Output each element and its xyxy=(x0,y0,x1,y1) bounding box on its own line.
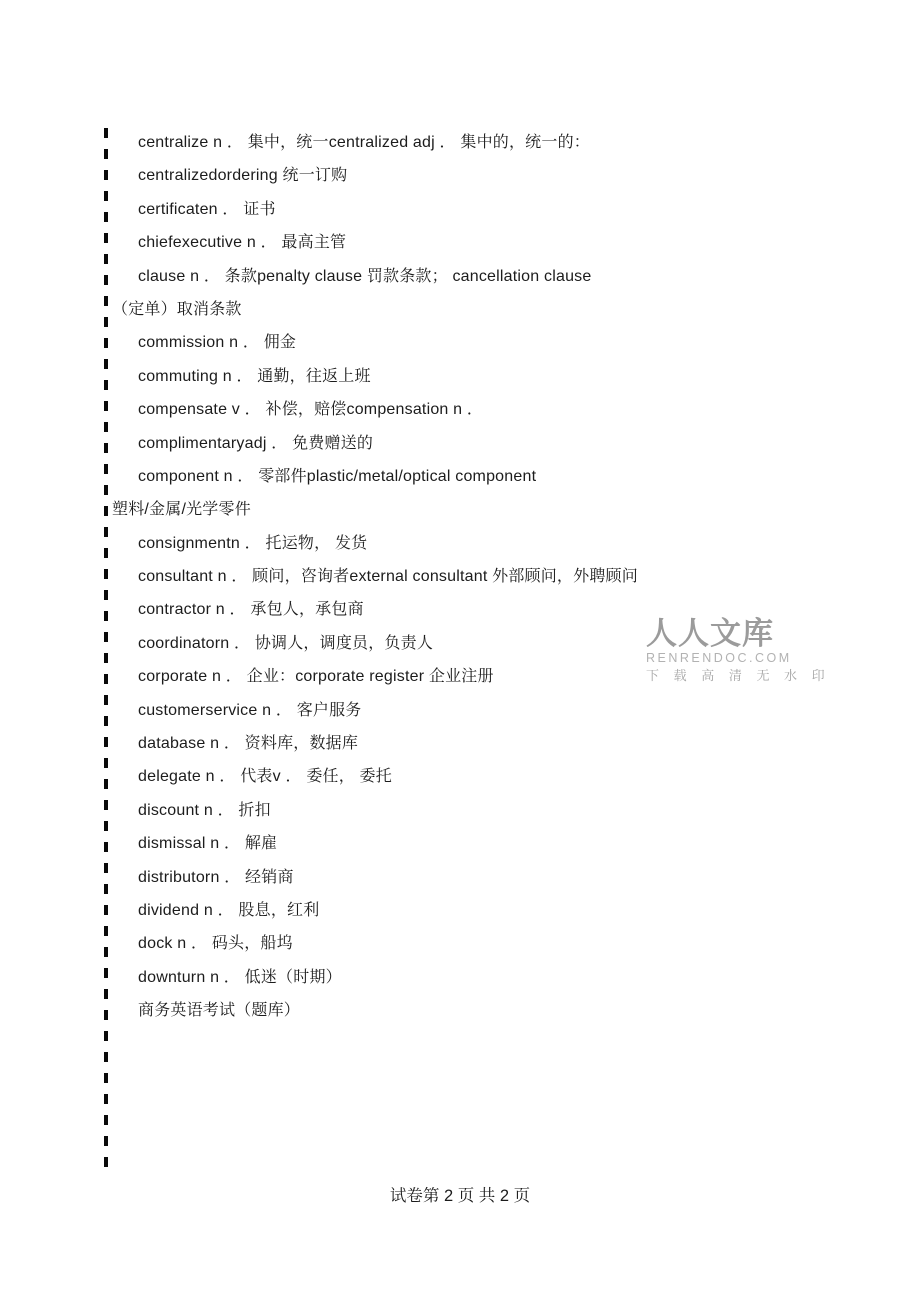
document-page: { "document": { "lines": [ { "text": "ce… xyxy=(0,0,920,1302)
vocab-line: consignmentn ． 托运物， 发货 xyxy=(112,527,852,560)
vocab-line: distributorn ． 经销商 xyxy=(112,861,852,894)
vocab-line: centralize n ． 集中，统一centralized adj ． 集中… xyxy=(112,126,852,159)
vocab-line: consultant n ． 顾问，咨询者external consultant… xyxy=(112,560,852,593)
vocab-line: component n ． 零部件plastic/metal/optical c… xyxy=(112,460,852,493)
vocab-list: centralize n ． 集中，统一centralized adj ． 集中… xyxy=(112,126,852,1028)
vocab-line: dividend n ． 股息，红利 xyxy=(112,894,852,927)
watermark-logo-text: 人人文库 xyxy=(646,617,830,650)
page-sheet: centralize n ． 集中，统一centralized adj ． 集中… xyxy=(0,0,920,1302)
vocab-line: complimentaryadj ． 免费赠送的 xyxy=(112,427,852,460)
vocab-line: commuting n ． 通勤，往返上班 xyxy=(112,360,852,393)
vocab-line: clause n ． 条款penalty clause 罚款条款； cancel… xyxy=(112,260,852,293)
vocab-line: discount n ． 折扣 xyxy=(112,794,852,827)
vocab-line: centralizedordering 统一订购 xyxy=(112,159,852,192)
vocab-line: commission n ． 佣金 xyxy=(112,326,852,359)
vocab-line: database n ． 资料库，数据库 xyxy=(112,727,852,760)
vocab-line: customerservice n ． 客户服务 xyxy=(112,694,852,727)
vocab-line: downturn n ． 低迷（时期） xyxy=(112,961,852,994)
vocab-line: dismissal n ． 解雇 xyxy=(112,827,852,860)
vocab-line: dock n ． 码头，船坞 xyxy=(112,927,852,960)
page-margin-dashed-line xyxy=(104,128,108,1175)
vocab-line: certificaten ． 证书 xyxy=(112,193,852,226)
vocab-line: 塑料/金属/光学零件 xyxy=(112,493,852,526)
watermark: 人人文库 RENRENDOC.COM 下 载 高 清 无 水 印 xyxy=(646,617,830,683)
watermark-tagline: 下 载 高 清 无 水 印 xyxy=(646,669,830,683)
page-number-footer: 试卷第 2 页 共 2 页 xyxy=(0,1185,920,1207)
vocab-line: （定单）取消条款 xyxy=(112,293,852,326)
watermark-site-url: RENRENDOC.COM xyxy=(646,652,830,665)
vocab-line: compensate v ． 补偿，赔偿compensation n ． xyxy=(112,393,852,426)
vocab-line: chiefexecutive n ． 最高主管 xyxy=(112,226,852,259)
vocab-line: delegate n ． 代表v ． 委任， 委托 xyxy=(112,760,852,793)
vocab-line: 商务英语考试（题库） xyxy=(112,994,852,1027)
